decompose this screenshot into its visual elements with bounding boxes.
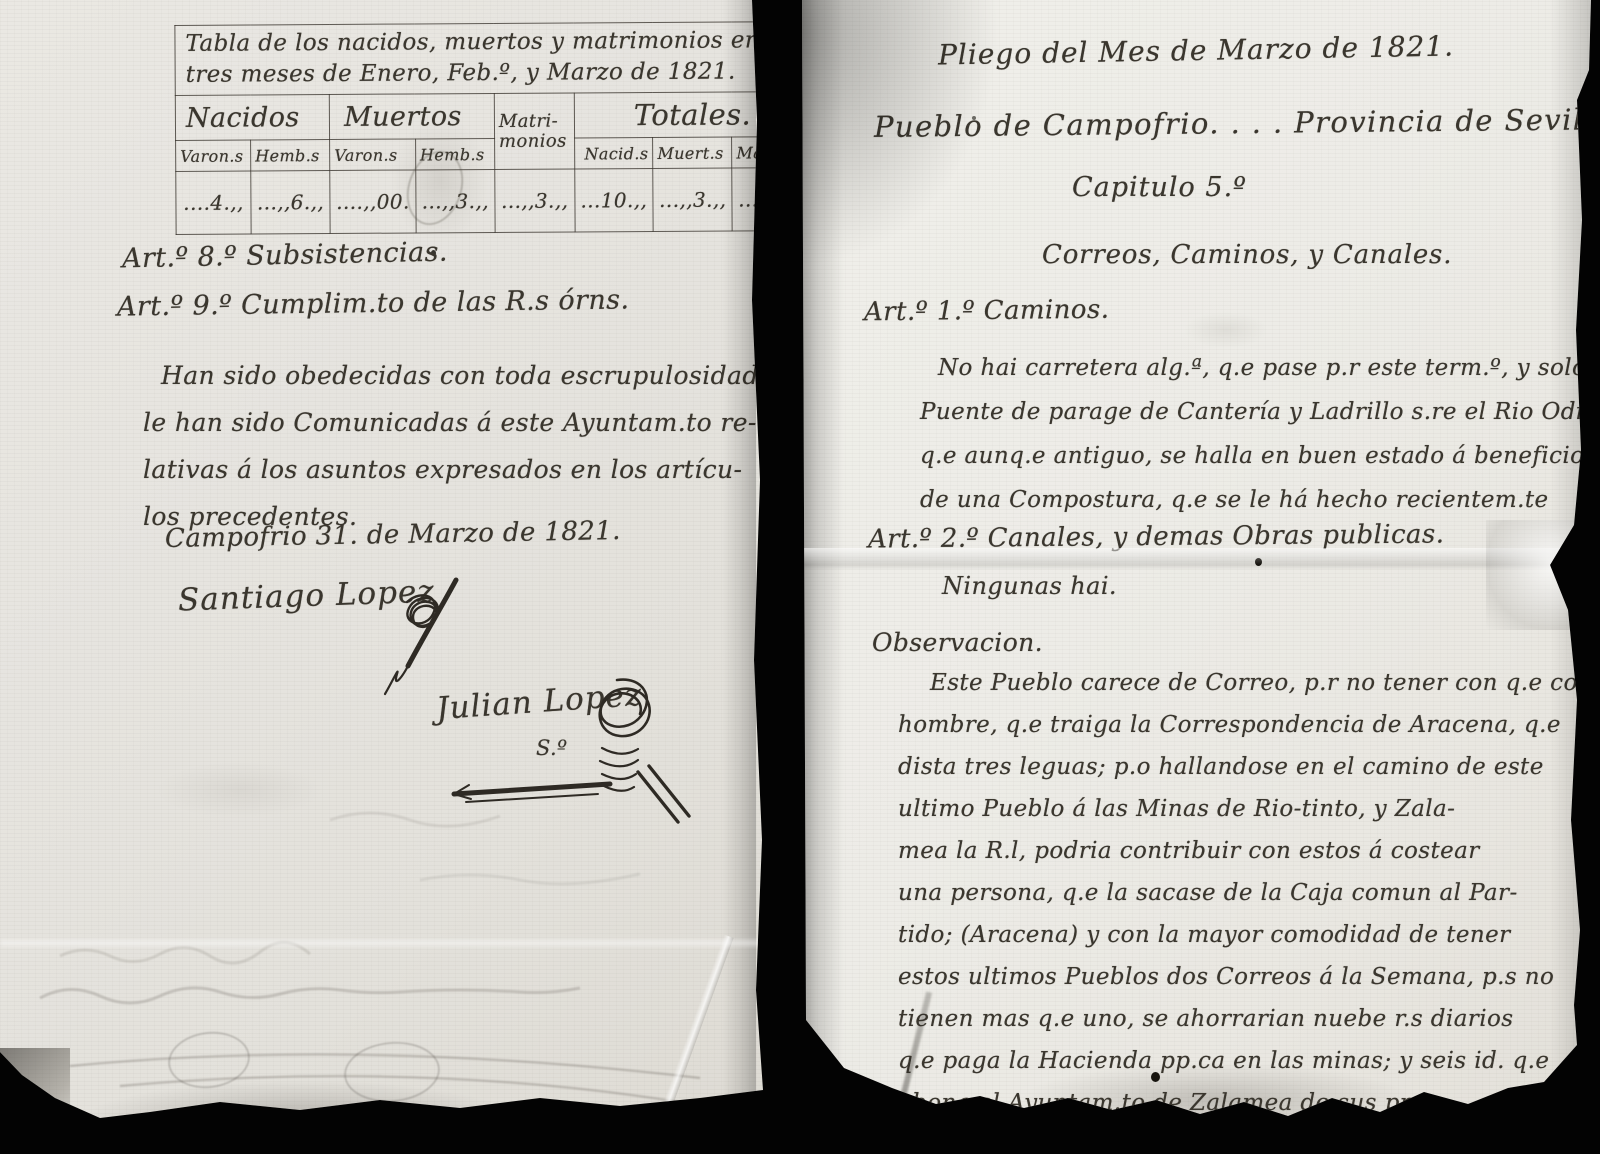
value-total-muertos: ...,,3.,, xyxy=(653,168,732,231)
subheader-varones-muertos: Varon.s xyxy=(330,139,416,171)
article-2-heading: Art.º 2.º Canales, y demas Obras publica… xyxy=(868,519,1445,554)
observation-line: Este Pueblo carece de Correo, p.r no ten… xyxy=(898,662,1600,704)
article-1-line: q.e aunq.e antiguo, se halla en buen est… xyxy=(920,434,1600,478)
observation-line: mea la R.l, podria contribuir con estos … xyxy=(898,830,1600,872)
manuscript-scan: Tabla de los nacidos, muertos y matrimon… xyxy=(0,0,1600,1154)
pencil-strikes xyxy=(60,1020,710,1130)
article-1-body: No hai carretera alg.ª, q.e pase p.r est… xyxy=(920,346,1600,522)
paragraph-line: le han sido Comunicadas á este Ayuntam.t… xyxy=(143,399,753,446)
value-nacidos-hembras: ...,,6.,, xyxy=(251,170,330,233)
observation-heading: Observacion. xyxy=(872,628,1043,657)
table-group-header-row: Nacidos Muertos Matri- monios Totales. xyxy=(175,92,811,141)
ink-spot xyxy=(1151,1072,1160,1082)
observation-body: Este Pueblo carece de Correo, p.r no ten… xyxy=(898,662,1600,1124)
observation-line: estos ultimos Pueblos dos Correos á la S… xyxy=(898,956,1600,998)
observation-line: hombre, q.e traiga la Correspondencia de… xyxy=(898,704,1600,746)
article-1-line: de una Compostura, q.e se le há hecho re… xyxy=(920,478,1600,522)
subheader-total-muertos: Muert.s xyxy=(653,137,732,168)
observation-line: q.e paga la Hacienda pp.ca en las minas;… xyxy=(898,1040,1600,1082)
article-1-line: Puente de parage de Cantería y Ladrillo … xyxy=(920,390,1600,434)
gutter-shadow-right-page xyxy=(796,0,844,1154)
article-2-body: Ningunas hai. xyxy=(942,572,1117,600)
value-muertos-varones: ....,,00. xyxy=(330,170,416,234)
observation-line: una persona, q.e la sacase de la Caja co… xyxy=(898,872,1600,914)
chapter-subject: Correos, Caminos, y Canales. xyxy=(1042,240,1452,270)
vital-stats-table: Tabla de los nacidos, muertos y matrimon… xyxy=(174,21,812,235)
observation-line: tido; (Aracena) y con la mayor comodidad… xyxy=(898,914,1600,956)
page-title: Pliego del Mes de Marzo de 1821. xyxy=(938,29,1455,71)
article-9-heading: Art.º 9.º Cumplim.to de las R.s órns. xyxy=(117,284,630,322)
group-header-nacidos: Nacidos xyxy=(175,95,329,141)
subheader-total-nacidos: Nacid.s xyxy=(574,138,653,169)
subheader-total-matrimonios: Matr.s xyxy=(732,137,811,168)
value-matrimonios: ...,,3.,, xyxy=(495,169,575,232)
municipality-line: Pueblo de Campofrio. . . . Provincia de … xyxy=(874,102,1600,144)
table-values-row: ....4.,, ...,,6.,, ....,,00. ...,,3.,, .… xyxy=(176,168,812,235)
left-page: Tabla de los nacidos, muertos y matrimon… xyxy=(0,0,772,1150)
observation-line: dista tres leguas; p.o hallandose en el … xyxy=(898,746,1600,788)
subheader-varones-nacidos: Varon.s xyxy=(176,140,251,171)
article-8-heading: Art.º 8.º Subsistencias. xyxy=(122,237,448,275)
ink-spot xyxy=(1255,558,1262,566)
value-total-nacidos: ...10.,, xyxy=(574,169,653,232)
value-total-matrimonios: ...,,3.,, xyxy=(732,168,812,231)
table-caption-line2: tres meses de Enero, Feb.º, y Marzo de 1… xyxy=(186,56,803,91)
right-page: Pliego del Mes de Marzo de 1821. Pueblo … xyxy=(796,0,1600,1154)
group-header-muertos: Muertos xyxy=(329,93,494,139)
paragraph-line: lativas á los asuntos expresados en los … xyxy=(143,446,753,493)
group-header-matrimonios: Matri- monios xyxy=(494,93,574,169)
table-caption-row: Tabla de los nacidos, muertos y matrimon… xyxy=(175,22,811,96)
chapter-heading: Capitulo 5.º xyxy=(1072,172,1247,203)
paragraph-line: Han sido obedecidas con toda escrupulosi… xyxy=(143,352,753,399)
compliance-paragraph: Han sido obedecidas con toda escrupulosi… xyxy=(143,352,753,540)
table-caption-line1: Tabla de los nacidos, muertos y matrimon… xyxy=(185,25,802,60)
crumple-highlight xyxy=(1486,520,1596,630)
group-header-totales: Totales. xyxy=(574,92,811,138)
value-nacidos-varones: ....4.,, xyxy=(176,171,251,234)
subheader-hembras-nacidos: Hemb.s xyxy=(251,139,330,170)
article-1-line: No hai carretera alg.ª, q.e pase p.r est… xyxy=(920,346,1600,390)
observation-line: ultimo Pueblo á las Minas de Rio-tinto, … xyxy=(898,788,1600,830)
ink-spot xyxy=(972,116,976,120)
observation-line: abona el Ayuntam.to de Zalamea de sus pr… xyxy=(898,1082,1600,1124)
table-subheader-row: Varon.s Hemb.s Varon.s Hemb.s Nacid.s Mu… xyxy=(176,137,812,172)
article-1-heading: Art.º 1.º Caminos. xyxy=(864,295,1110,328)
observation-line: tienen mas q.e uno, se ahorrarian nuebe … xyxy=(898,998,1600,1040)
